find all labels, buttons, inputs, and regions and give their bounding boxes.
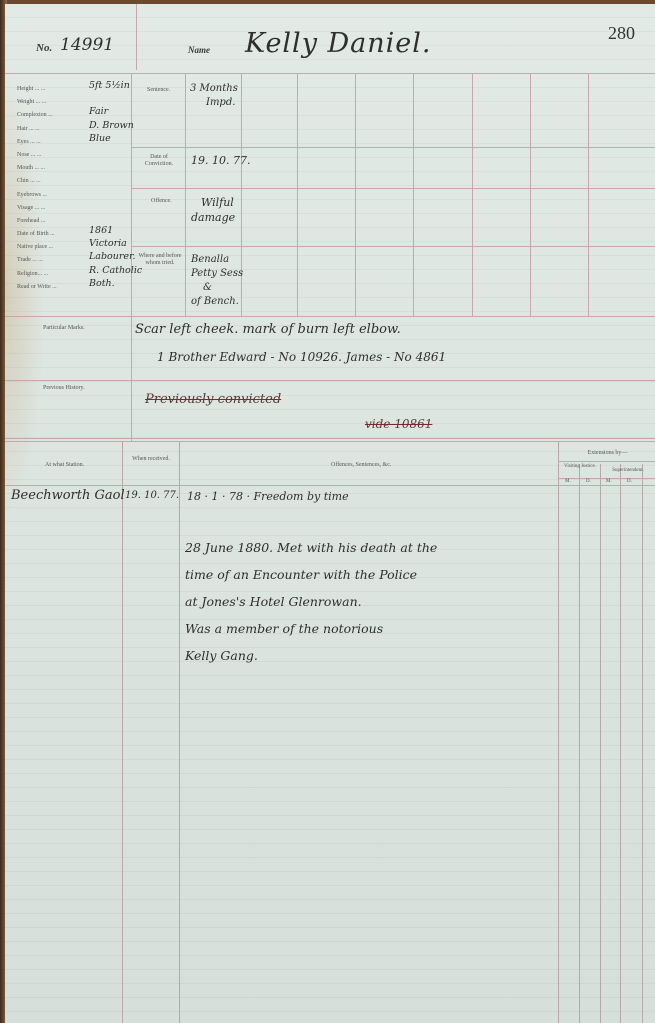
where-line: of Bench. bbox=[191, 295, 243, 309]
description-row: Height ... ...5ft 5½in bbox=[17, 83, 127, 96]
sentence-value: 3 Months Impd. bbox=[190, 82, 238, 110]
description-label: Religion... ... bbox=[17, 268, 48, 281]
received-header: When received. bbox=[129, 456, 173, 463]
grid-line bbox=[5, 316, 655, 317]
description-label: Complexion ... bbox=[17, 109, 53, 122]
description-label: Mouth ... ... bbox=[17, 162, 45, 175]
description-row: Eyes ... ...Blue bbox=[17, 136, 127, 149]
description-value: Fair bbox=[89, 106, 108, 117]
description-value: Victoria bbox=[89, 238, 127, 249]
particular-marks-line: 1 Brother Edward - No 10926. James - No … bbox=[157, 350, 446, 364]
grid-line bbox=[131, 188, 655, 189]
note-line: at Jones's Hotel Glenrowan. bbox=[185, 588, 437, 615]
grid-line bbox=[185, 73, 186, 316]
grid-line bbox=[355, 73, 356, 316]
d-header: D. bbox=[586, 478, 591, 486]
grid-line bbox=[530, 73, 531, 316]
received-cell: 19. 10. 77. bbox=[125, 490, 179, 501]
description-value: 1861 bbox=[89, 225, 113, 236]
particular-marks-label: Particular Marks. bbox=[43, 322, 85, 335]
death-note: 28 June 1880. Met with his death at the … bbox=[185, 534, 437, 669]
description-label: Native place ... bbox=[17, 241, 53, 254]
description-value: R. Catholic bbox=[89, 265, 142, 276]
description-row: Chin ... ... bbox=[17, 175, 127, 188]
offence-label: Offence. bbox=[151, 195, 172, 208]
table-header-rule bbox=[5, 485, 655, 486]
where-tried-label: Where and before whom tried. bbox=[138, 253, 182, 267]
table-line bbox=[558, 461, 655, 462]
table-line bbox=[122, 441, 123, 1023]
grid-line bbox=[131, 73, 132, 316]
sentence-line: 3 Months bbox=[190, 82, 238, 96]
where-line: Benalla bbox=[191, 253, 243, 267]
description-label: Date of Birth ... bbox=[17, 228, 55, 241]
description-value: Both. bbox=[89, 278, 115, 289]
description-label: Eyes ... ... bbox=[17, 136, 41, 149]
table-line bbox=[558, 441, 559, 1023]
note-line: Kelly Gang. bbox=[185, 642, 437, 669]
d-header: D. bbox=[627, 478, 632, 486]
header-divider bbox=[136, 4, 137, 70]
description-row: Eyebrows ... bbox=[17, 189, 127, 202]
m-header: M. bbox=[606, 478, 612, 486]
table-line bbox=[179, 441, 180, 1023]
description-row: Mouth ... ... bbox=[17, 162, 127, 175]
table-line bbox=[620, 464, 621, 1023]
visiting-justice-header: Visiting Justice. bbox=[561, 464, 599, 470]
grid-line bbox=[5, 438, 655, 439]
conviction-label: Date of Conviction. bbox=[138, 154, 180, 168]
previous-history-struck: vide 10861 bbox=[365, 417, 432, 431]
description-label: Weight ... ... bbox=[17, 96, 46, 109]
description-label: Height ... ... bbox=[17, 83, 45, 96]
description-label: Read or Write ... bbox=[17, 281, 57, 294]
description-row: Read or Write ...Both. bbox=[17, 281, 127, 294]
table-line bbox=[579, 464, 580, 1023]
note-line: Was a member of the notorious bbox=[185, 615, 437, 642]
station-cell: Beechworth Gaol bbox=[11, 488, 125, 503]
grid-line bbox=[472, 73, 473, 316]
description-label: Eyebrows ... bbox=[17, 189, 47, 202]
grid-line bbox=[297, 73, 298, 316]
offence-line: Wilful bbox=[191, 195, 235, 210]
description-row: Visage ... ... bbox=[17, 202, 127, 215]
note-line: time of an Encounter with the Police bbox=[185, 561, 437, 588]
offence-line: damage bbox=[191, 210, 235, 225]
description-list: Height ... ...5ft 5½inWeight ... ...Comp… bbox=[17, 83, 127, 294]
grid-line bbox=[5, 380, 655, 381]
number-label: No. bbox=[36, 42, 52, 54]
description-value: Labourer. bbox=[89, 251, 136, 262]
description-value: 5ft 5½in bbox=[89, 80, 130, 91]
note-line: 28 June 1880. Met with his death at the bbox=[185, 534, 437, 561]
where-line: Petty Sess bbox=[191, 267, 243, 281]
previous-history-label: Previous History. bbox=[43, 382, 85, 395]
entry-cell: 18 · 1 · 78 · Freedom by time bbox=[187, 490, 349, 503]
particular-marks-line: Scar left cheek. mark of burn left elbow… bbox=[135, 322, 401, 337]
conviction-date: 19. 10. 77. bbox=[191, 154, 250, 167]
table-line bbox=[642, 464, 643, 1023]
description-value: D. Brown bbox=[89, 120, 134, 131]
page-number: 280 bbox=[608, 23, 635, 44]
description-label: Nose ... ... bbox=[17, 149, 41, 162]
station-header: At what Station. bbox=[45, 459, 84, 472]
grid-line bbox=[131, 147, 655, 148]
description-label: Chin ... ... bbox=[17, 175, 41, 188]
prisoner-number: 14991 bbox=[60, 35, 114, 55]
sentence-line: Impd. bbox=[190, 96, 238, 110]
grid-line bbox=[131, 246, 655, 247]
grid-line bbox=[131, 316, 132, 441]
description-label: Forehead ... bbox=[17, 215, 45, 228]
m-header: M. bbox=[565, 478, 571, 486]
sentence-label: Sentence. bbox=[147, 84, 170, 97]
where-line: & bbox=[191, 281, 243, 295]
prisoner-name: Kelly Daniel. bbox=[245, 28, 432, 59]
register-page: No. 14991 Name Kelly Daniel. 280 Height … bbox=[5, 4, 655, 1023]
table-line bbox=[600, 464, 601, 1023]
previous-history-struck: Previously convicted bbox=[145, 392, 281, 407]
header-rule bbox=[5, 73, 655, 74]
where-tried-value: Benalla Petty Sess & of Bench. bbox=[191, 253, 243, 309]
description-label: Visage ... ... bbox=[17, 202, 45, 215]
superintendent-header: Superintendent. bbox=[601, 467, 655, 474]
grid-line bbox=[413, 73, 414, 316]
offence-value: Wilful damage bbox=[191, 195, 235, 225]
offences-header: Offences, Sentences, &c. bbox=[331, 459, 391, 472]
description-label: Trade ... ... bbox=[17, 254, 43, 267]
grid-line bbox=[588, 73, 589, 316]
extensions-header: Extensions by— bbox=[560, 450, 655, 457]
description-label: Hair ... ... bbox=[17, 123, 40, 136]
description-row: Weight ... ... bbox=[17, 96, 127, 109]
description-value: Blue bbox=[89, 133, 111, 144]
name-label: Name bbox=[188, 45, 210, 55]
description-row: Nose ... ... bbox=[17, 149, 127, 162]
